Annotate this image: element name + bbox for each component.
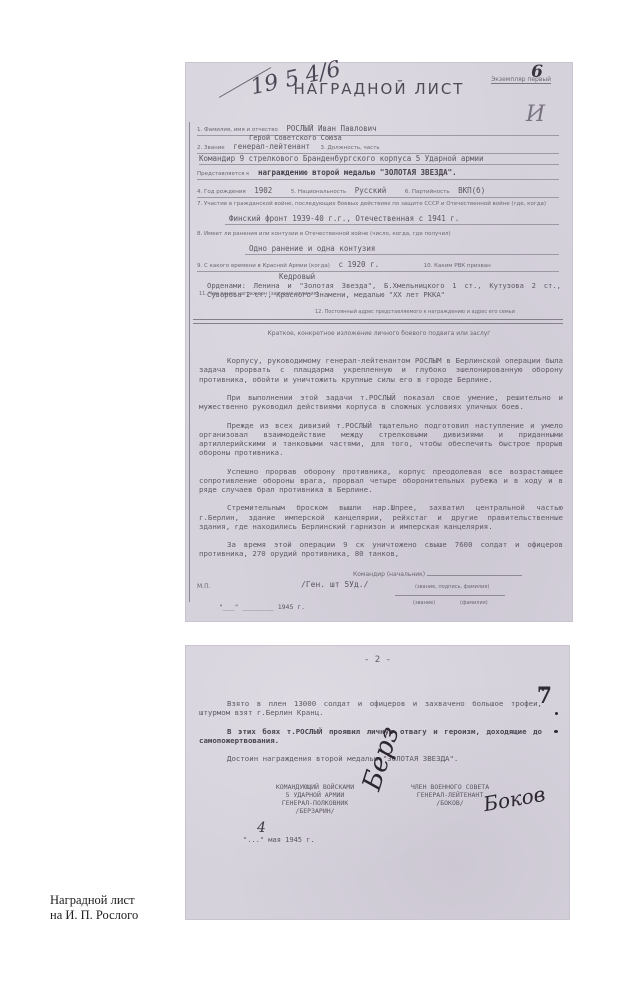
ink-spot [542, 689, 544, 691]
rank-label: (звание) [413, 600, 435, 606]
citation-text: Корпусу, руководимому генерал-лейтенанто… [199, 347, 563, 568]
citation-paragraph: Успешно прорвав оборону противника, корп… [199, 467, 563, 495]
award-sheet-page-1: 19 5 4/6 6 Экземпляр первый И НАГРАДНОЙ … [185, 62, 573, 622]
date-line: "___" ________ 1945 г. [219, 603, 305, 611]
stamp-placeholder: М.П. [197, 583, 211, 590]
award-sheet-page-2: - 2 - 7 Взято в плен 13000 солдат и офиц… [185, 645, 570, 920]
ink-spot [555, 712, 558, 715]
section-divider [193, 319, 563, 324]
commander-sub-label: (звание, подпись, фамилия) [415, 584, 489, 590]
field-recruitment-office: Кедровый [279, 272, 315, 281]
ink-spot [554, 730, 558, 733]
citation-paragraph: Стремительным броском вышли нар.Шпрее, з… [199, 503, 563, 531]
handwritten-date-day: 4 [257, 820, 266, 836]
field-position-value: Командир 9 стрелкового Бранденбургского … [199, 154, 559, 165]
field-wounds-value: Одно ранение и одна контузия [245, 244, 559, 255]
signature-line [395, 595, 505, 596]
commander-label: Командир (начальник) [353, 571, 522, 578]
section-heading: Краткое, конкретное изложение личного бо… [185, 330, 573, 337]
page-number: - 2 - [185, 655, 570, 665]
surname-label: (фамилия) [460, 600, 488, 606]
field-address-label: 12. Постоянный адрес представляемого к н… [315, 309, 515, 315]
field-wounds-label: 8. Имеет ли ранения или контузии в Отече… [197, 230, 559, 238]
document-title: НАГРАДНОЙ ЛИСТ [185, 80, 573, 98]
citation-paragraph: При выполнении этой задачи т.РОСЛЫЙ пока… [199, 393, 563, 411]
figure-caption: Наградной лист на И. П. Рослого [50, 893, 190, 923]
citation-paragraph: Корпусу, руководимому генерал-лейтенанто… [199, 356, 563, 384]
field-previous-awards-label: 11. Чем ранее награжден (за какие отличи… [199, 291, 319, 297]
field-birth-nationality-party: 4. Год рождения 1902 5. Национальность Р… [197, 186, 559, 198]
citation-paragraph: Прежде из всех дивизий т.РОСЛЫЙ тщательн… [199, 421, 563, 458]
field-service-since: 9. С какого времени в Красной Армии (ког… [197, 260, 559, 272]
commander-value: /Ген. шт 5Уд./ [301, 580, 368, 589]
citation-paragraph: За время этой операции 9 ск уничтожено с… [199, 540, 563, 558]
signatory-left: КОМАНДУЮЩИЙ ВОЙСКАМИ 5 УДАРНОЙ АРМИИ ГЕН… [255, 783, 375, 815]
citation-paragraph: Взято в плен 13000 солдат и офицеров и з… [199, 699, 542, 717]
field-war-participation-value: Финский фронт 1939-40 г.г., Отечественна… [225, 214, 559, 225]
field-name-extra: Герой Советского Союза [249, 134, 342, 142]
field-war-participation-label: 7. Участие в гражданской войне, последую… [197, 200, 559, 208]
field-rank-position: 2. Звание генерал-лейтенант 3. Должность… [197, 142, 559, 154]
date-line: "..." мая 1945 г. [243, 836, 315, 844]
page-fold-edge [189, 122, 190, 602]
field-nominated-for: Представляется к награждению второй меда… [197, 168, 559, 180]
